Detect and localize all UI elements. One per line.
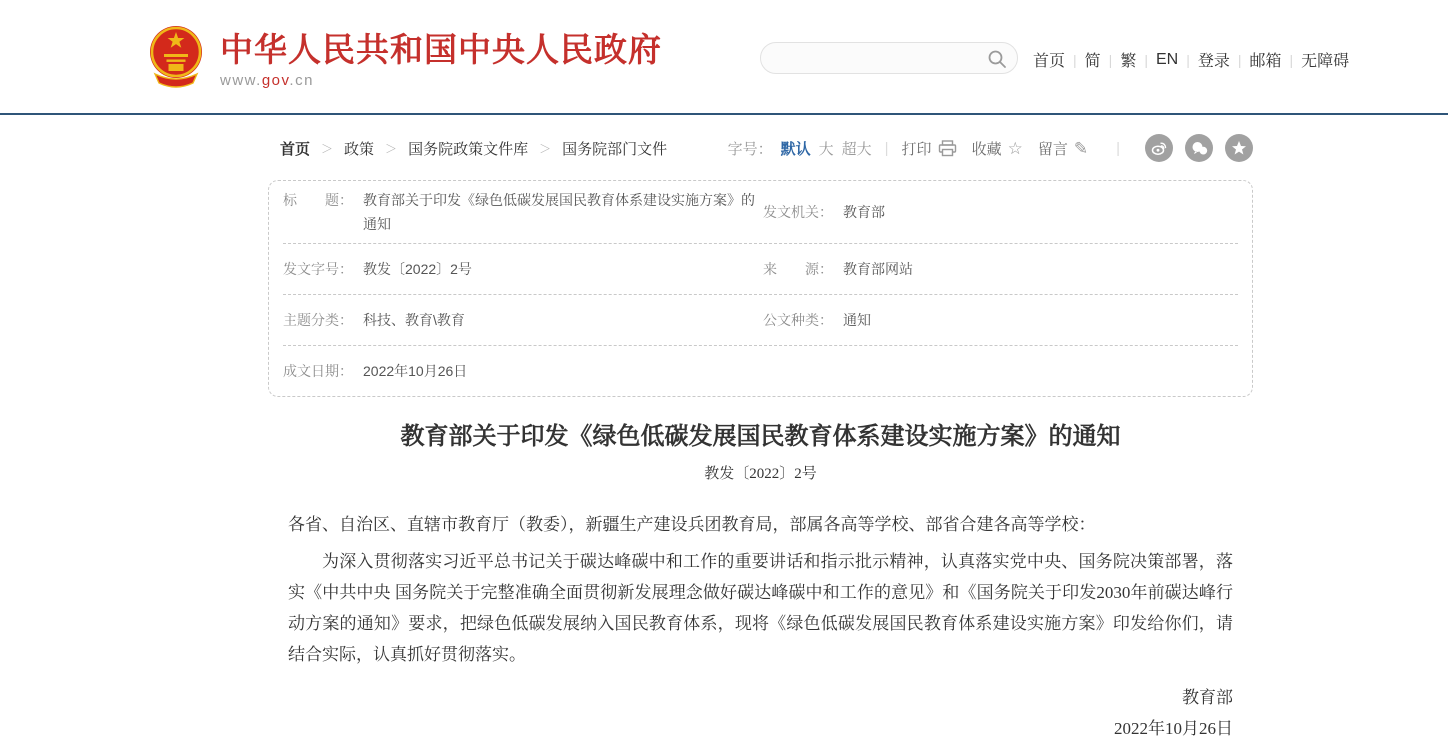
tools-separator: | (1116, 140, 1120, 157)
table-row: 成文日期： 2022年10月26日 (283, 346, 1238, 396)
meta-source-label: 来 源： (763, 257, 833, 281)
print-label: 打印 (902, 138, 932, 159)
breadcrumb-policy[interactable]: 政策 (344, 138, 374, 159)
meta-category-label: 主题分类： (283, 308, 353, 332)
favorite-label: 收藏 (972, 138, 1002, 159)
breadcrumb-policy-library[interactable]: 国务院政策文件库 (408, 138, 528, 159)
breadcrumb-arrow-icon: ＞ (539, 140, 551, 157)
font-size-default[interactable]: 默认 (781, 138, 811, 159)
toolbar-row: 首页 ＞ 政策 ＞ 国务院政策文件库 ＞ 国务院部门文件 字号： 默认 大 超大… (268, 134, 1253, 162)
nav-separator: | (1109, 52, 1113, 68)
nav-simplified[interactable]: 简 (1085, 48, 1101, 71)
nav-mail[interactable]: 邮箱 (1250, 48, 1282, 71)
meta-date-value: 2022年10月26日 (363, 359, 758, 383)
meta-category-cell: 主题分类： 科技、教育\教育 (283, 308, 763, 332)
meta-type-value: 通知 (843, 308, 1238, 332)
meta-issuer-cell: 发文机关： 教育部 (763, 200, 1238, 224)
site-title: 中华人民共和国中央人民政府 (220, 32, 662, 68)
pencil-icon: ✎ (1074, 140, 1088, 157)
nav-home[interactable]: 首页 (1033, 48, 1065, 71)
meta-category-value: 科技、教育\教育 (363, 308, 758, 332)
meta-number-value: 教发〔2022〕2号 (363, 257, 758, 281)
document-paragraph-salutation: 各省、自治区、直辖市教育厅（教委），新疆生产建设兵团教育局，部属各高等学校、部省… (288, 509, 1233, 540)
signature-issuer: 教育部 (288, 682, 1233, 713)
meta-type-cell: 公文种类： 通知 (763, 308, 1238, 332)
page-content: 首页 ＞ 政策 ＞ 国务院政策文件库 ＞ 国务院部门文件 字号： 默认 大 超大… (268, 134, 1253, 737)
document-metadata-table: 标 题： 教育部关于印发《绿色低碳发展国民教育体系建设实施方案》的通知 发文机关… (268, 180, 1253, 397)
meta-issuer-label: 发文机关： (763, 200, 833, 224)
table-row: 主题分类： 科技、教育\教育 公文种类： 通知 (283, 295, 1238, 346)
share-wechat-button[interactable] (1185, 134, 1213, 162)
breadcrumb: 首页 ＞ 政策 ＞ 国务院政策文件库 ＞ 国务院部门文件 (280, 138, 667, 159)
nav-separator: | (1144, 52, 1148, 68)
nav-separator: | (1186, 52, 1190, 68)
meta-date-cell: 成文日期： 2022年10月26日 (283, 359, 763, 383)
meta-title-value: 教育部关于印发《绿色低碳发展国民教育体系建设实施方案》的通知 (363, 188, 758, 236)
font-size-large[interactable]: 大 (819, 138, 834, 159)
nav-accessibility[interactable]: 无障碍 (1301, 48, 1349, 71)
meta-type-label: 公文种类： (763, 308, 833, 332)
search-box (760, 42, 1018, 74)
gov-logo-link[interactable]: 中华人民共和国中央人民政府 www.gov.cn (147, 24, 662, 90)
signature-block: 教育部 2022年10月26日 (288, 682, 1233, 737)
header-divider-line (0, 113, 1448, 115)
site-identity: 中华人民共和国中央人民政府 www.gov.cn (220, 24, 662, 89)
site-url-suffix: .cn (289, 72, 314, 89)
breadcrumb-home[interactable]: 首页 (280, 138, 310, 159)
breadcrumb-arrow-icon: ＞ (385, 140, 397, 157)
document-paragraph-main: 为深入贯彻落实习近平总书记关于碳达峰碳中和工作的重要讲话和指示批示精神，认真落实… (288, 546, 1233, 670)
print-button[interactable]: 打印 (902, 138, 957, 159)
font-size-label: 字号： (728, 138, 773, 159)
nav-separator: | (1290, 52, 1294, 68)
weibo-icon (1151, 140, 1167, 156)
tools-separator: | (885, 140, 889, 157)
breadcrumb-arrow-icon: ＞ (321, 140, 333, 157)
document-body: 教育部关于印发《绿色低碳发展国民教育体系建设实施方案》的通知 教发〔2022〕2… (268, 421, 1253, 737)
site-url-gov: gov (262, 72, 290, 89)
document-title: 教育部关于印发《绿色低碳发展国民教育体系建设实施方案》的通知 (288, 421, 1233, 453)
nav-separator: | (1238, 52, 1242, 68)
meta-number-label: 发文字号： (283, 257, 353, 281)
nav-separator: | (1073, 52, 1077, 68)
nav-login[interactable]: 登录 (1198, 48, 1230, 71)
signature-date: 2022年10月26日 (288, 713, 1233, 737)
wechat-icon (1191, 141, 1208, 156)
favorite-button[interactable]: 收藏 ☆ (972, 138, 1023, 159)
qzone-star-icon (1231, 140, 1247, 156)
meta-title-label: 标 题： (283, 188, 353, 212)
meta-source-cell: 来 源： 教育部网站 (763, 257, 1238, 281)
comment-label: 留言 (1038, 138, 1068, 159)
meta-date-label: 成文日期： (283, 359, 353, 383)
printer-icon (938, 140, 957, 157)
meta-source-value: 教育部网站 (843, 257, 1238, 281)
share-qzone-button[interactable] (1225, 134, 1253, 162)
font-size-xlarge[interactable]: 超大 (842, 138, 872, 159)
national-emblem-icon (147, 24, 205, 90)
nav-traditional[interactable]: 繁 (1120, 48, 1136, 71)
share-weibo-button[interactable] (1145, 134, 1173, 162)
breadcrumb-department-documents: 国务院部门文件 (562, 138, 667, 159)
meta-title-cell: 标 题： 教育部关于印发《绿色低碳发展国民教育体系建设实施方案》的通知 (283, 188, 763, 236)
meta-number-cell: 发文字号： 教发〔2022〕2号 (283, 257, 763, 281)
search-icon[interactable] (987, 49, 1007, 69)
site-url-prefix: www. (220, 72, 262, 89)
meta-issuer-value: 教育部 (843, 200, 1238, 224)
table-row: 标 题： 教育部关于印发《绿色低碳发展国民教育体系建设实施方案》的通知 发文机关… (283, 181, 1238, 244)
search-input[interactable] (761, 43, 1017, 73)
site-header: 中华人民共和国中央人民政府 www.gov.cn 首页| 简| 繁| EN| 登… (0, 0, 1448, 113)
top-nav: 首页| 简| 繁| EN| 登录| 邮箱| 无障碍 (1033, 48, 1349, 71)
page-tools: 字号： 默认 大 超大 | 打印 收藏 ☆ 留言 ✎ | (728, 134, 1253, 162)
table-row: 发文字号： 教发〔2022〕2号 来 源： 教育部网站 (283, 244, 1238, 295)
document-number: 教发〔2022〕2号 (288, 462, 1233, 483)
comment-button[interactable]: 留言 ✎ (1038, 138, 1088, 159)
star-icon: ☆ (1008, 140, 1023, 157)
site-url: www.gov.cn (220, 72, 662, 89)
nav-english[interactable]: EN (1156, 51, 1178, 69)
